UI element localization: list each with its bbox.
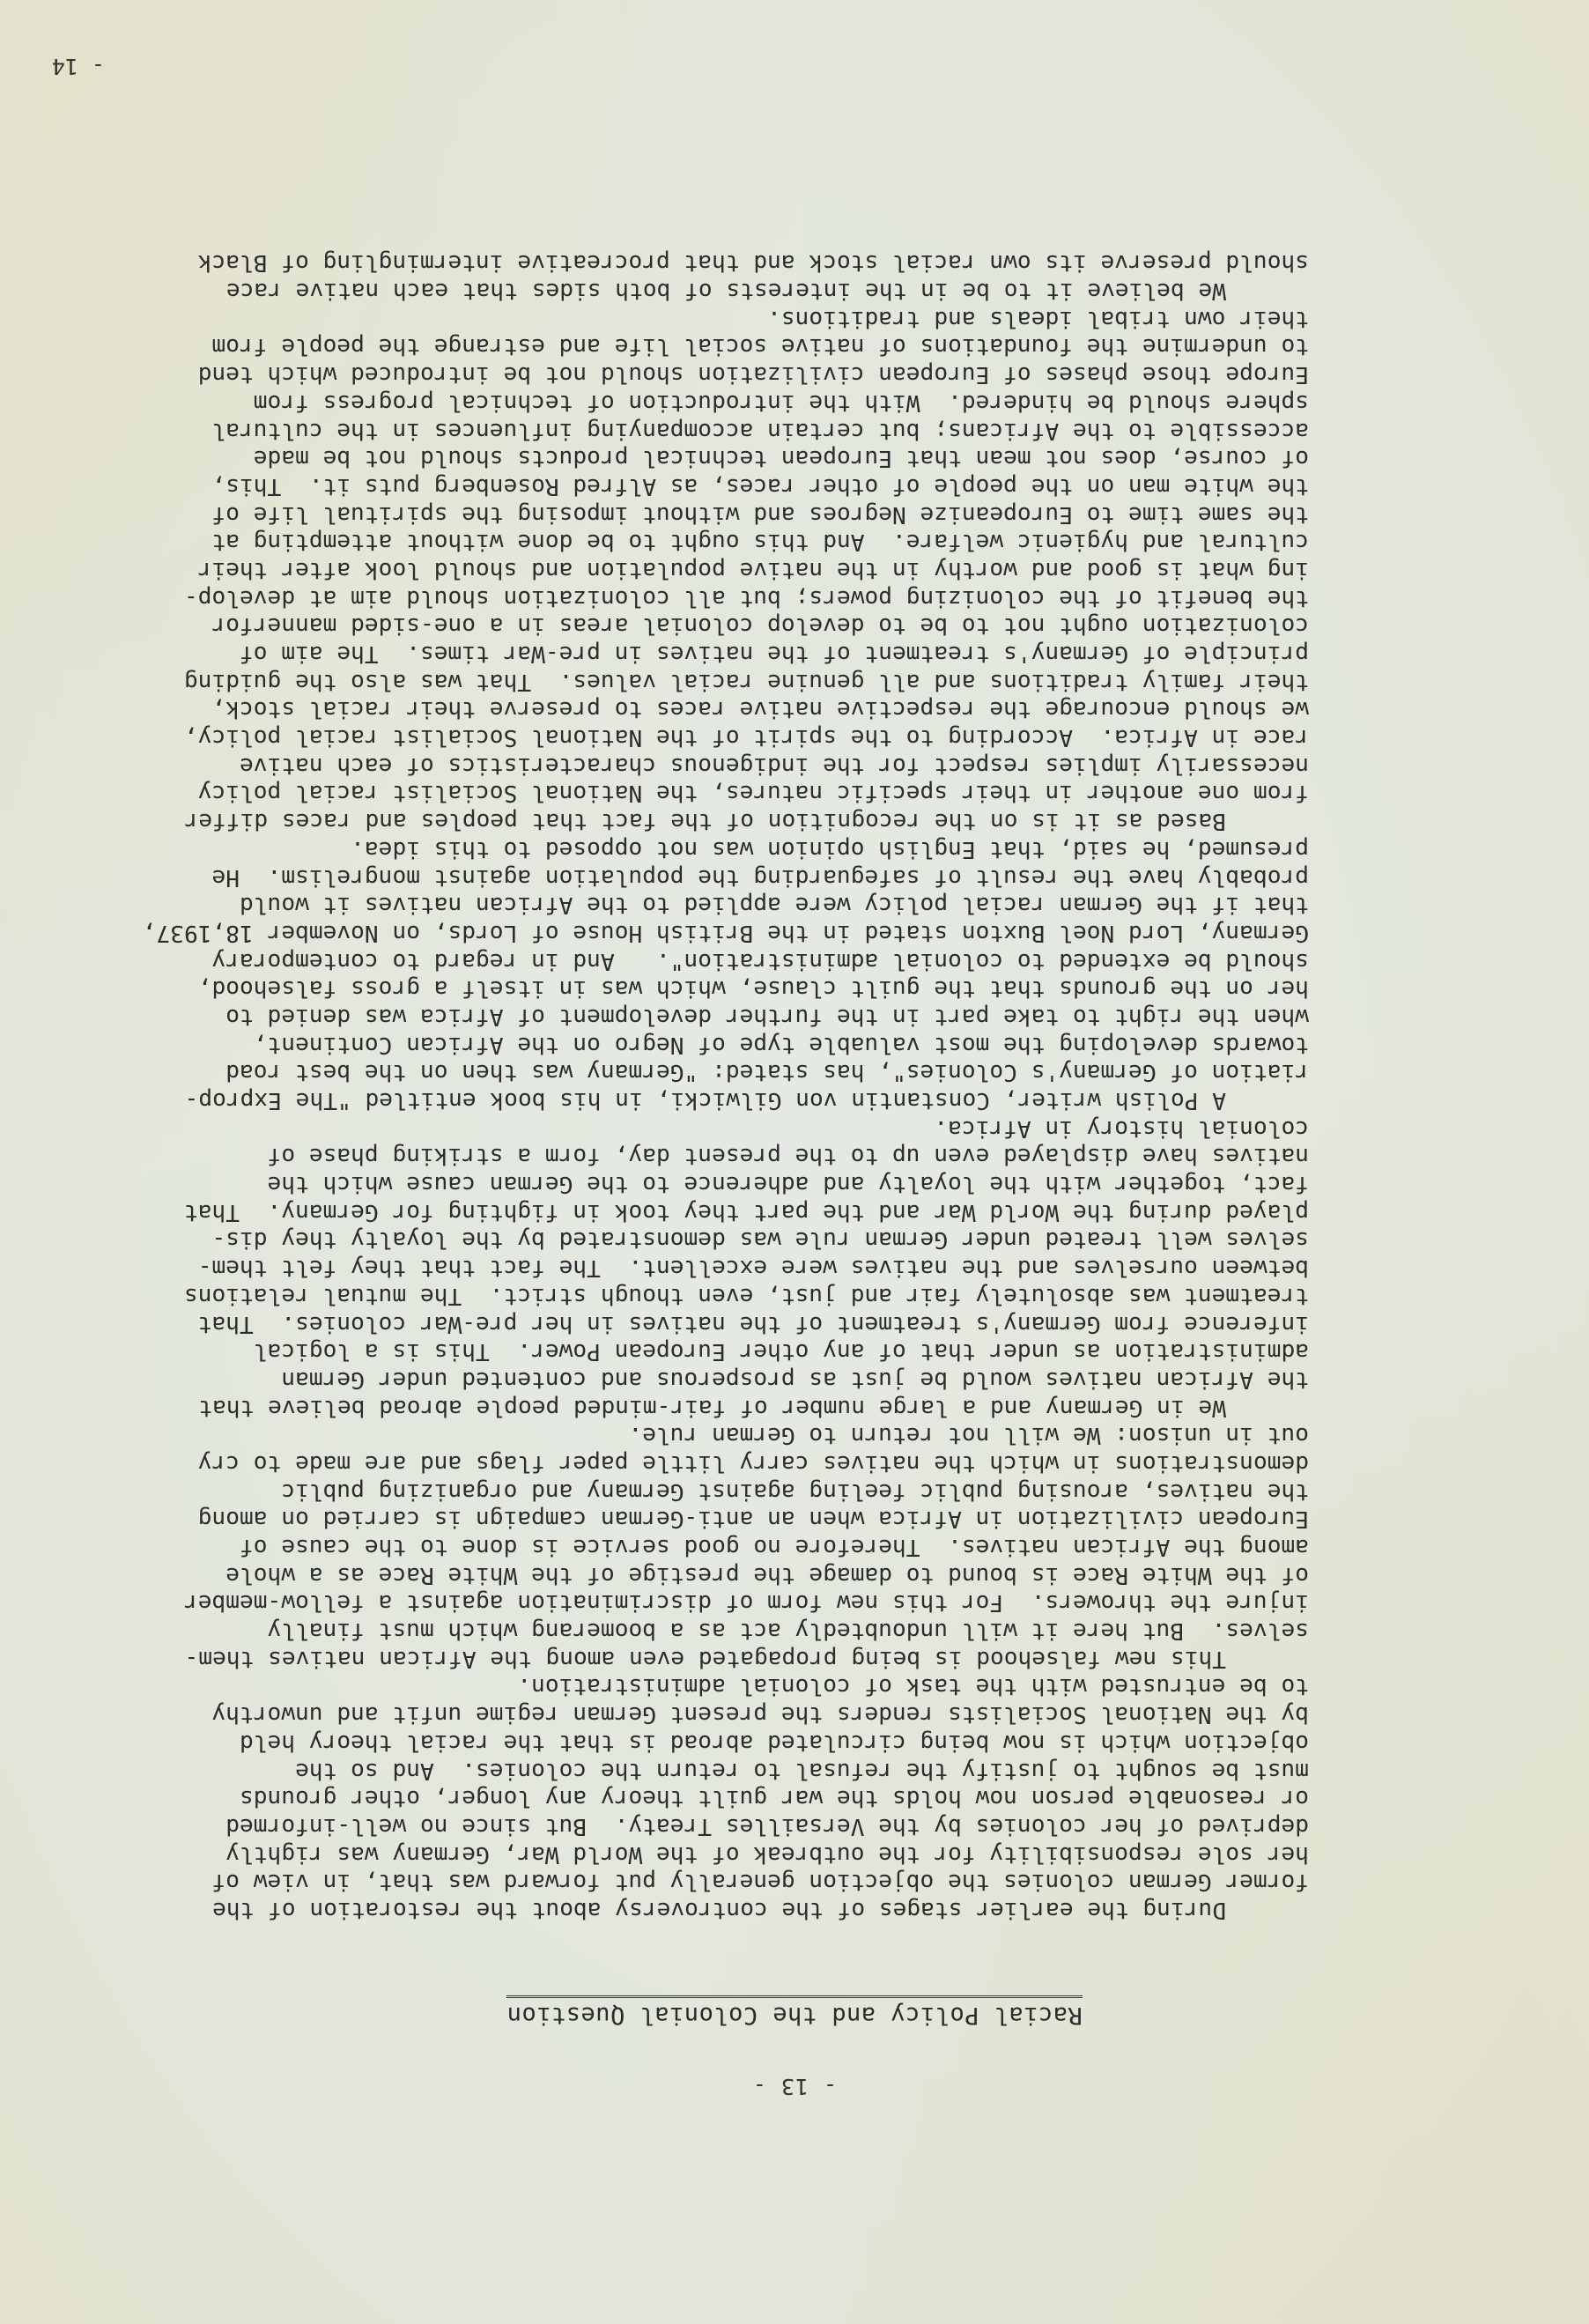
text-line: demonstrations in which the natives carr… <box>129 1448 1309 1477</box>
text-line: administration as under that of any othe… <box>129 1337 1309 1366</box>
text-line: We in Germany and a large number of fair… <box>129 1393 1309 1421</box>
paragraph: We in Germany and a large number of fair… <box>129 1114 1309 1421</box>
text-line: the benefit of the colonizing powers; bu… <box>129 583 1309 611</box>
text-line: ing what is good and worthy in the nativ… <box>129 555 1309 583</box>
document-title: Racial Policy and the Colonial Question <box>506 1995 1082 2029</box>
text-line: sphere should be hindered. With the intr… <box>129 388 1309 416</box>
text-line: to be entrusted with the task of colonia… <box>129 1672 1309 1700</box>
paragraph: Based as it is on the recognition of the… <box>129 304 1309 834</box>
text-line: This new falsehood is being propagated e… <box>129 1644 1309 1672</box>
text-line: selves well treated under German rule wa… <box>129 1225 1309 1254</box>
text-line: former German colonies the objection gen… <box>129 1868 1309 1896</box>
text-line: fact, together with the loyalty and adhe… <box>129 1169 1309 1197</box>
text-line: necessarily implies respect for the indi… <box>129 751 1309 779</box>
paragraph: A Polish writer, Constantin von Gilwicki… <box>129 834 1309 1114</box>
text-line: the natives, arousing public feeling aga… <box>129 1477 1309 1505</box>
text-line: cultural and hygienic welfare. And this … <box>129 528 1309 556</box>
text-line: A Polish writer, Constantin von Gilwicki… <box>129 1085 1309 1114</box>
text-line: among the African natives. Therefore no … <box>129 1532 1309 1560</box>
text-line: between ourselves and the natives were e… <box>129 1254 1309 1282</box>
next-page-marker: - 14 <box>52 54 105 79</box>
text-line: principle of Germany's treatment of the … <box>129 639 1309 667</box>
text-line: Germany, Lord Noel Buxton stated in the … <box>129 918 1309 946</box>
text-line: accessible to the Africans; but certain … <box>129 416 1309 444</box>
paragraph: This new falsehood is being propagated e… <box>129 1421 1309 1672</box>
text-line: selves. But here it will undoubtedly act… <box>129 1616 1309 1644</box>
text-line: objection which is now being circulated … <box>129 1728 1309 1756</box>
text-line: riation of Germany's Colonies", has stat… <box>129 1058 1309 1086</box>
text-line: by the National Socialists renders the p… <box>129 1700 1309 1728</box>
text-line: their family traditions and all genuine … <box>129 667 1309 695</box>
paragraph: During the earlier stages of the controv… <box>129 1672 1309 1923</box>
text-line: race in Africa. According to the spirit … <box>129 722 1309 751</box>
text-line: or reasonable person now holds the war g… <box>129 1784 1309 1812</box>
text-line: to undermine the foundations of native s… <box>129 332 1309 360</box>
text-line: of the White Race is bound to damage the… <box>129 1560 1309 1588</box>
text-line: her on the grounds that the guilt clause… <box>129 974 1309 1003</box>
text-line: presumed, he said, that English opinion … <box>129 834 1309 862</box>
text-line: probably have the result of safeguarding… <box>129 862 1309 891</box>
text-line: Based as it is on the recognition of the… <box>129 807 1309 835</box>
text-line: should preserve its own racial stock and… <box>129 248 1309 277</box>
text-line: deprived of her colonies by the Versaill… <box>129 1811 1309 1839</box>
text-line: the African natives would be just as pro… <box>129 1365 1309 1393</box>
document-body: During the earlier stages of the controv… <box>129 248 1309 1923</box>
text-line: Europe those phases of European civiliza… <box>129 360 1309 389</box>
page-number: - 13 - <box>0 2074 1589 2099</box>
text-line: played during the World War and the part… <box>129 1197 1309 1225</box>
text-line: we should encourage the respective nativ… <box>129 695 1309 723</box>
text-line: colonial history in Africa. <box>129 1114 1309 1142</box>
text-line: natives have displayed even up to the pr… <box>129 1142 1309 1170</box>
text-line: out in unison: We will not return to Ger… <box>129 1421 1309 1449</box>
text-line: colonization ought not to be to develop … <box>129 611 1309 640</box>
text-line: her sole responsibility for the outbreak… <box>129 1839 1309 1868</box>
text-line: the white man on the people of other rac… <box>129 471 1309 500</box>
text-line: their own tribal ideals and traditions. <box>129 304 1309 332</box>
text-line: treatment was absolutely fair and just, … <box>129 1281 1309 1309</box>
document-page: - 13 - Racial Policy and the Colonial Qu… <box>0 0 1589 2324</box>
text-line: During the earlier stages of the controv… <box>129 1895 1309 1923</box>
title-block: Racial Policy and the Colonial Question <box>0 1995 1589 2029</box>
paragraph: We believe it to be in the interests of … <box>129 248 1309 304</box>
text-line: from one another in their specific natur… <box>129 779 1309 807</box>
text-line: towards developing the most valuable typ… <box>129 1030 1309 1058</box>
text-line: when the right to take part in the furth… <box>129 1002 1309 1030</box>
text-line: that if the German racial policy were ap… <box>129 891 1309 919</box>
text-line: should be extended to colonial administr… <box>129 946 1309 974</box>
text-line: the same time to Europeanize Negroes and… <box>129 500 1309 528</box>
text-line: must be sought to justify the refusal to… <box>129 1756 1309 1784</box>
text-line: We believe it to be in the interests of … <box>129 276 1309 304</box>
text-line: inference from Germany's treatment of th… <box>129 1309 1309 1337</box>
text-line: of course, does not mean that European t… <box>129 444 1309 472</box>
text-line: European civilization in Africa when an … <box>129 1505 1309 1533</box>
text-line: injure the throwers. For this new form o… <box>129 1588 1309 1617</box>
